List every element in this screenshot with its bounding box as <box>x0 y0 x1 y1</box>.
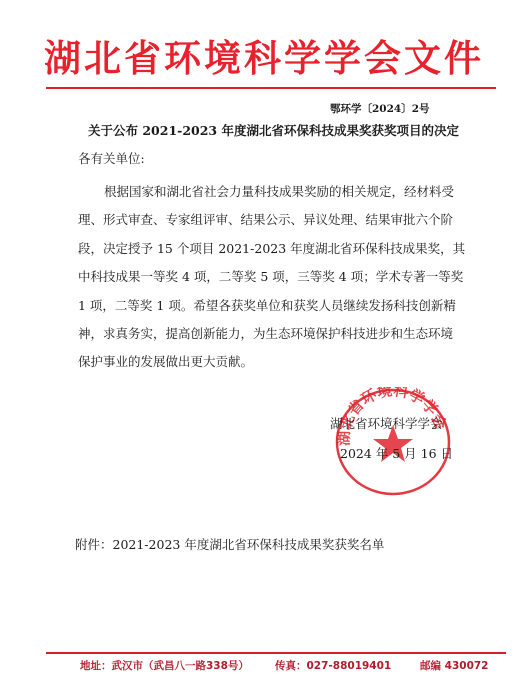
document-title: 湖北省环境科学学会文件 <box>0 36 528 80</box>
footer-fax: 传真：027-88019401 <box>275 659 391 673</box>
attachment-note: 附件：2021-2023 年度湖北省环保科技成果奖获奖名单 <box>75 536 384 554</box>
footer-postcode: 邮编 430072 <box>420 659 489 673</box>
body-line: 中科技成果一等奖 4 项，二等奖 5 项，三等奖 4 项；学术专著一等奖 <box>78 263 468 291</box>
body-line: 1 项，二等奖 1 项。希望各获奖单位和获奖人员继续发扬科技创新精 <box>78 292 468 320</box>
footer-address: 地址：武汉市（武昌八一路338号） <box>80 659 249 673</box>
body-line: 根据国家和湖北省社会力量科技成果奖励的相关规定，经材料受 <box>78 178 468 206</box>
document-number: 鄂环学〔2024〕2号 <box>330 102 430 116</box>
document-subject: 关于公布 2021-2023 年度湖北省环保科技成果奖获奖项目的决定 <box>88 122 459 140</box>
title-divider <box>46 87 496 89</box>
footer-divider <box>46 652 506 654</box>
body-text: 根据国家和湖北省社会力量科技成果奖励的相关规定，经材料受 理、形式审查、专家组评… <box>78 178 468 377</box>
signing-date: 2024 年 5 月 16 日 <box>340 446 453 462</box>
body-line: 保护事业的发展做出更大贡献。 <box>78 348 468 376</box>
signing-organization: 湖北省环境科学学会 <box>330 416 443 432</box>
body-line: 段，决定授予 15 个项目 2021-2023 年度湖北省环保科技成果奖，其 <box>78 235 468 263</box>
official-seal-icon: 湖北省环境科学学会 <box>334 387 452 497</box>
body-line: 理、形式审查、专家组评审、结果公示、异议处理、结果审批六个阶 <box>78 206 468 234</box>
body-line: 神，求真务实，提高创新能力，为生态环境保护科技进步和生态环境 <box>78 320 468 348</box>
addressee: 各有关单位: <box>78 150 145 168</box>
